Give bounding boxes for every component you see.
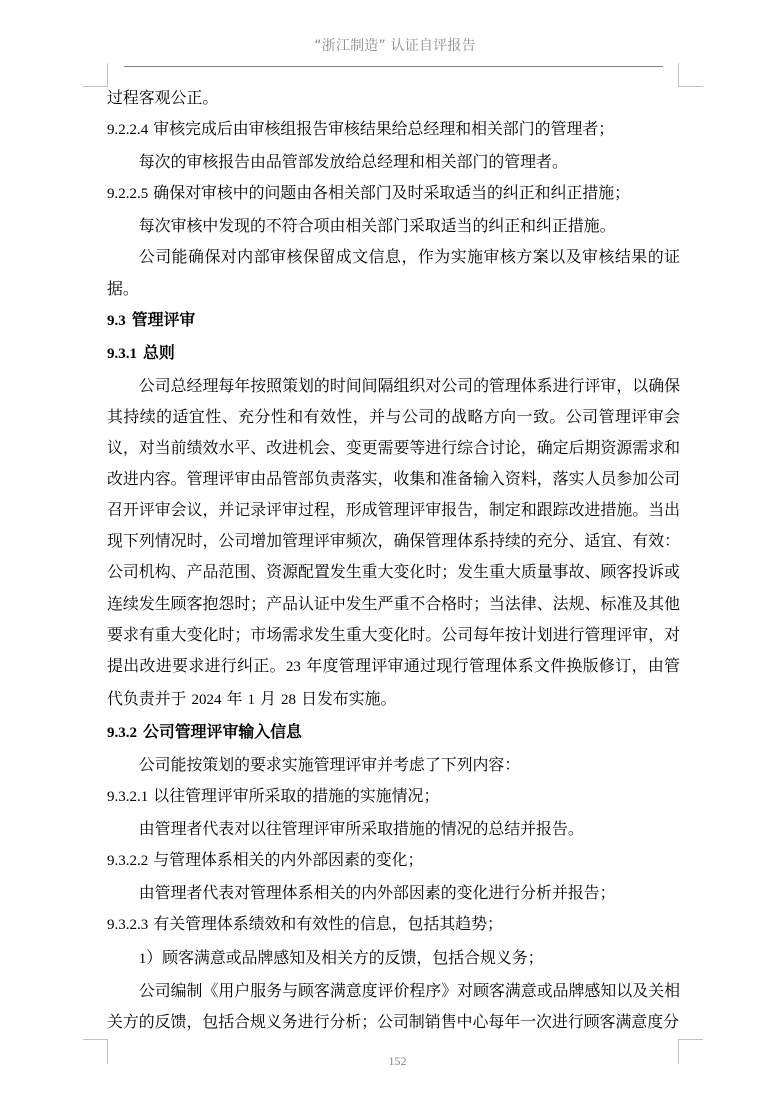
paragraph: 公司能按策划的要求实施管理评审并考虑了下列内容： [107, 749, 680, 780]
margin-corner-mark-top-left [83, 63, 108, 87]
clause-text: 审核完成后由审核组报告审核结果给总经理和相关部门的管理者； [148, 119, 614, 138]
clause-text: 以往管理评审所采取的措施的实施情况； [148, 786, 439, 805]
paragraph: 由管理者代表对管理体系相关的内外部因素的变化进行分析并报告； [107, 877, 680, 908]
clause-number: 9.3.2.1 [107, 789, 148, 805]
paragraph-text: 公司能确保对内部审核保留成文信息，作为实施审核方案以及审核结果的证据。 [107, 247, 680, 297]
paragraph: 每次的审核报告由品管部发放给总经理和相关部门的管理者。 [107, 146, 680, 177]
paragraph-text: 过程客观公正。 [107, 88, 218, 107]
document-body: 过程客观公正。 9.2.2.4 审核完成后由审核组报告审核结果给总经理和相关部门… [107, 82, 680, 1037]
list-item: 1）顾客满意或品牌感知及相关方的反馈，包括合规义务； [107, 942, 680, 975]
clause-number: 9.2.2.5 [107, 186, 148, 202]
page-number: 152 [0, 1054, 775, 1069]
paragraph-text: 公司能按策划的要求实施管理评审并考虑了下列内容： [139, 755, 520, 774]
clause-text: 确保对审核中的问题由各相关部门及时采取适当的纠正和纠正措施； [148, 183, 630, 202]
date-year: 2024 [192, 692, 222, 708]
heading-9-3: 9.3管理评审 [107, 304, 680, 337]
heading-9-3-1: 9.3.1总则 [107, 337, 680, 370]
paragraph-text: 每次的审核报告由品管部发放给总经理和相关部门的管理者。 [139, 152, 568, 171]
page-header-title: “浙江制造” 认证自评报告 [0, 35, 775, 55]
date-month: 1 [248, 692, 256, 708]
paragraph: 过程客观公正。 [107, 82, 680, 113]
heading-number: 9.3 [107, 313, 126, 329]
heading-number: 9.3.1 [107, 346, 137, 362]
heading-9-3-2: 9.3.2公司管理评审输入信息 [107, 716, 680, 749]
paragraph-text: 月 [255, 689, 281, 708]
paragraph: 公司编制《用户服务与顾客满意度评价程序》对顾客满意或品牌感知以及关相关方的反馈，… [107, 975, 680, 1037]
paragraph: 公司总经理每年按照策划的时间间隔组织对公司的管理体系进行评审，以确保其持续的适宜… [107, 370, 680, 716]
heading-title: 公司管理评审输入信息 [143, 722, 302, 741]
clause-text: 有关管理体系绩效和有效性的信息，包括其趋势； [148, 914, 503, 933]
clause-number: 9.3.2.3 [107, 917, 148, 933]
clause-number: 9.2.2.4 [107, 122, 148, 138]
year-value: 23 [286, 659, 301, 675]
paragraph-text: 公司编制《用户服务与顾客满意度评价程序》对顾客满意或品牌感知以及关相关方的反馈，… [107, 981, 680, 1031]
clause-9-3-2-3: 9.3.2.3 有关管理体系绩效和有效性的信息，包括其趋势； [107, 908, 680, 941]
paragraph-text: 年 [222, 689, 248, 708]
heading-title: 管理评审 [132, 310, 196, 329]
clause-9-3-2-1: 9.3.2.1 以往管理评审所采取的措施的实施情况； [107, 780, 680, 813]
paragraph-text: 公司总经理每年按照策划的时间间隔组织对公司的管理体系进行评审，以确保其持续的适宜… [107, 376, 680, 675]
heading-title: 总则 [143, 343, 175, 362]
paragraph: 公司能确保对内部审核保留成文信息，作为实施审核方案以及审核结果的证据。 [107, 241, 680, 303]
paragraph-text: 由管理者代表对以往管理评审所采取措施的情况的总结并报告。 [139, 819, 584, 838]
list-item-text: ）顾客满意或品牌感知及相关方的反馈，包括合规义务； [146, 948, 543, 967]
header-divider [124, 66, 663, 67]
clause-text: 与管理体系相关的内外部因素的变化； [148, 850, 423, 869]
paragraph-text: 由管理者代表对管理体系相关的内外部因素的变化进行分析并报告； [139, 883, 616, 902]
paragraph-text: 日发布实施。 [296, 689, 396, 708]
margin-corner-mark-top-right [678, 63, 703, 87]
paragraph: 由管理者代表对以往管理评审所采取措施的情况的总结并报告。 [107, 813, 680, 844]
paragraph: 每次审核中发现的不符合项由相关部门采取适当的纠正和纠正措施。 [107, 210, 680, 241]
paragraph-text: 每次审核中发现的不符合项由相关部门采取适当的纠正和纠正措施。 [139, 216, 616, 235]
date-day: 28 [281, 692, 296, 708]
clause-9-3-2-2: 9.3.2.2 与管理体系相关的内外部因素的变化； [107, 844, 680, 877]
clause-9-2-2-5: 9.2.2.5 确保对审核中的问题由各相关部门及时采取适当的纠正和纠正措施； [107, 177, 680, 210]
clause-9-2-2-4: 9.2.2.4 审核完成后由审核组报告审核结果给总经理和相关部门的管理者； [107, 113, 680, 146]
clause-number: 9.3.2.2 [107, 853, 148, 869]
heading-number: 9.3.2 [107, 725, 137, 741]
